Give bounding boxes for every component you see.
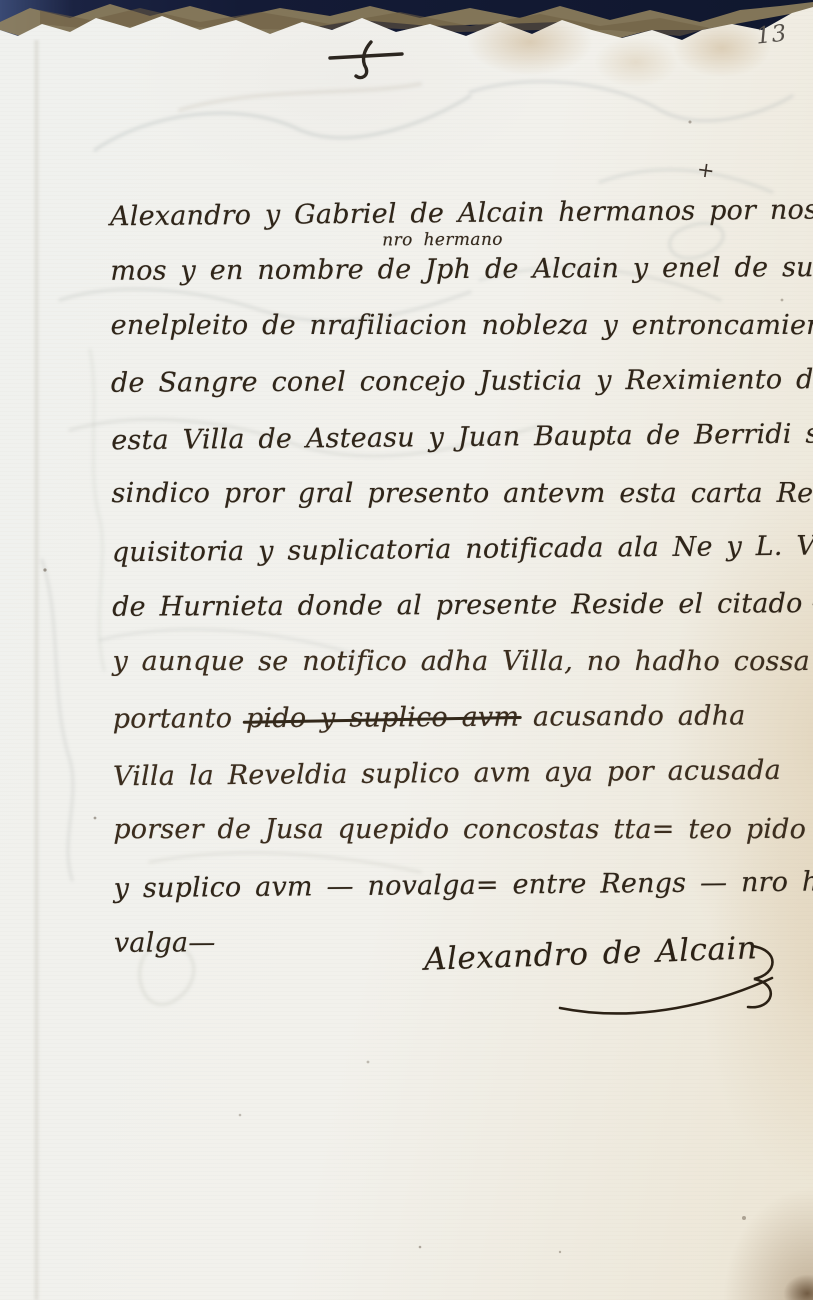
manuscript-page: 13 + Alexandro y Gabriel de Alcain herma… <box>0 0 813 1300</box>
manuscript-line: porser de Jusa quepido concostas tta= te… <box>113 802 793 858</box>
line-text: mos y en nombre de Jph de Alcain y enel … <box>110 252 813 287</box>
manuscript-line: quisitoria y suplicatoria notificada ala… <box>112 519 793 582</box>
manuscript-line: sindico pror gral presento antevm esta c… <box>112 466 792 522</box>
manuscript-line: Villa la Reveldia suplico avm aya por ac… <box>113 743 794 806</box>
folio-number: 13 <box>755 20 789 49</box>
line-text: acusando adha <box>519 700 745 732</box>
interlinear-insertion: nro hermano <box>382 230 503 251</box>
manuscript-line: enelpleito de nrafiliacion nobleza y ent… <box>111 298 791 354</box>
line-text: de Hurnieta donde al presente Reside el … <box>112 588 813 623</box>
struck-through-text: pido y suplico avm <box>246 702 519 734</box>
fold-crease <box>33 40 40 1300</box>
manuscript-line: nro hermano mos y en nombre de Jph de Al… <box>110 240 790 300</box>
manuscript-line: esta Villa de Asteasu y Juan Baupta de B… <box>111 407 792 470</box>
manuscript-line: de Sangre conel concejo Justicia y Rexim… <box>111 352 791 412</box>
manuscript-text-block: Alexandro y Gabriel de Alcain hermanos p… <box>110 184 794 972</box>
manuscript-line: y aunque se notifico adha Villa, no hadh… <box>112 634 792 690</box>
manuscript-line: de Hurnieta donde al presente Reside el … <box>112 576 792 636</box>
caret-insert-icon: + <box>695 157 716 183</box>
manuscript-line: y suplico avm — novalga= entre Rengs — n… <box>113 855 794 918</box>
manuscript-line: portanto pido y suplico avm acusando adh… <box>113 688 793 748</box>
line-text: portanto <box>113 703 246 735</box>
